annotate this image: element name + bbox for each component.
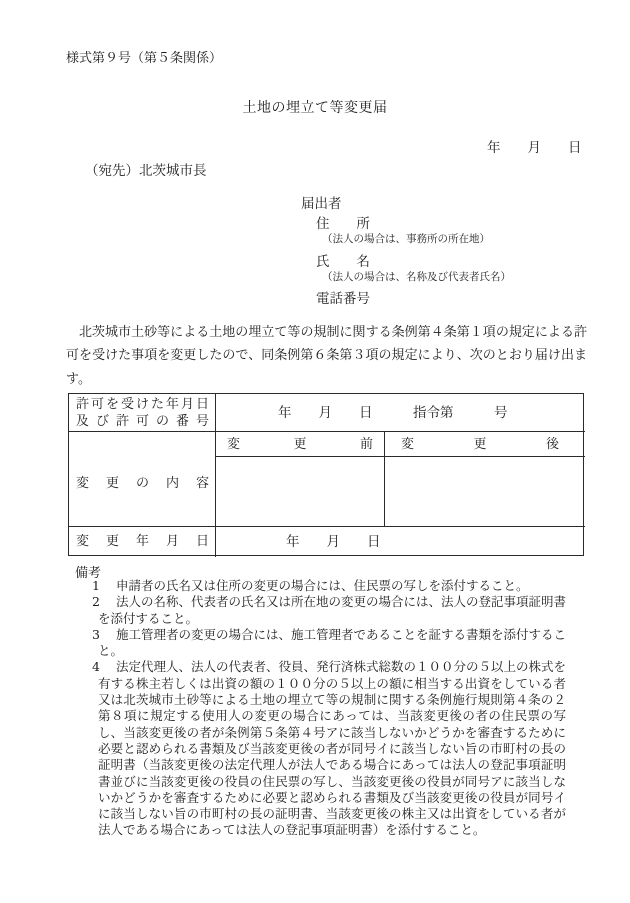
addressee-line: （宛先）北茨城市長: [85, 159, 207, 179]
change-after-header: 変更後: [385, 432, 585, 457]
change-date-label: 変更年月日: [69, 527, 216, 557]
remark-number: 2: [92, 594, 100, 610]
remark-number: 4: [92, 659, 100, 675]
change-date-value: 年 月 日: [216, 527, 585, 557]
permit-date-number-value: 年 月 日 指令第 号: [216, 394, 585, 432]
date-line: 年 月 日: [487, 136, 582, 156]
remark-item: 2 法人の名称、代表者の氏名又は所在地の変更の場合には、法人の登記事項証明書を添…: [98, 594, 566, 627]
body-paragraph: 北茨城市土砂等による土地の埋立て等の規制に関する条例第４条第１項の規定による許可…: [66, 321, 587, 391]
change-after-cell: [385, 457, 585, 527]
notifier-label: 届出者: [301, 192, 342, 212]
address-label: 住 所: [316, 212, 370, 232]
remark-number: 1: [92, 578, 100, 594]
permit-label-line1: 許可を受けた年月日: [76, 396, 209, 413]
change-before-header: 変更前: [216, 432, 384, 457]
name-label: 氏 名: [316, 250, 370, 270]
remark-text: 申請者の氏名又は住所の変更の場合には、住民票の写しを添付すること。: [98, 578, 566, 594]
change-before-cell: [216, 457, 384, 527]
change-content-label: 変更の内容: [69, 432, 216, 527]
remark-item: 3 施工管理者の変更の場合には、施工管理者であることを証する書類を添付すること。: [98, 627, 566, 660]
address-note: （法人の場合は、事務所の所在地）: [322, 231, 490, 246]
remark-text: 法人の名称、代表者の氏名又は所在地の変更の場合には、法人の登記事項証明書を添付す…: [98, 594, 566, 627]
remarks-list: 1 申請者の氏名又は住所の変更の場合には、住民票の写しを添付すること。 2 法人…: [98, 578, 566, 839]
name-note: （法人の場合は、名称及び代表者氏名）: [322, 269, 511, 284]
permit-change-table: 許可を受けた年月日 及び許可の番号 年 月 日 指令第 号 変更の内容 変更前 …: [68, 393, 584, 556]
remark-text: 法定代理人、法人の代表者、役員、発行済株式総数の１００分の５以上の株式を有する株…: [98, 659, 566, 838]
remark-item: 4 法定代理人、法人の代表者、役員、発行済株式総数の１００分の５以上の株式を有す…: [98, 659, 566, 838]
document-title: 土地の埋立て等変更届: [0, 97, 630, 117]
form-number: 様式第９号（第５条関係）: [66, 47, 222, 66]
remark-text: 施工管理者の変更の場合には、施工管理者であることを証する書類を添付すること。: [98, 627, 566, 660]
phone-label: 電話番号: [316, 287, 370, 307]
permit-label-line2: 及び許可の番号: [76, 413, 209, 430]
remark-number: 3: [92, 627, 100, 643]
permit-date-number-label: 許可を受けた年月日 及び許可の番号: [69, 396, 216, 430]
remark-item: 1 申請者の氏名又は住所の変更の場合には、住民票の写しを添付すること。: [98, 578, 566, 594]
